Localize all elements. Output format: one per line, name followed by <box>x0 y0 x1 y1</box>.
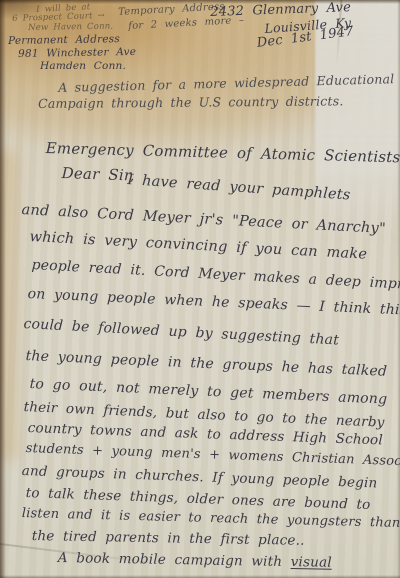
closing-line-underlined-word: visual <box>291 554 332 571</box>
salutation: Dear Sir, <box>61 164 135 185</box>
pencil-note-line-3: New Haven Conn. <box>28 22 113 33</box>
permanent-address-line-2: Hamden Conn. <box>40 60 126 72</box>
letter-scan: I will be at 6 Prospect Court → New Have… <box>0 0 400 578</box>
subject-line-2: Campaign through the U.S country distric… <box>38 93 344 111</box>
permanent-address-label: Permanent Address <box>8 33 120 47</box>
permanent-address-line-1: 981 Winchester Ave <box>18 46 136 60</box>
